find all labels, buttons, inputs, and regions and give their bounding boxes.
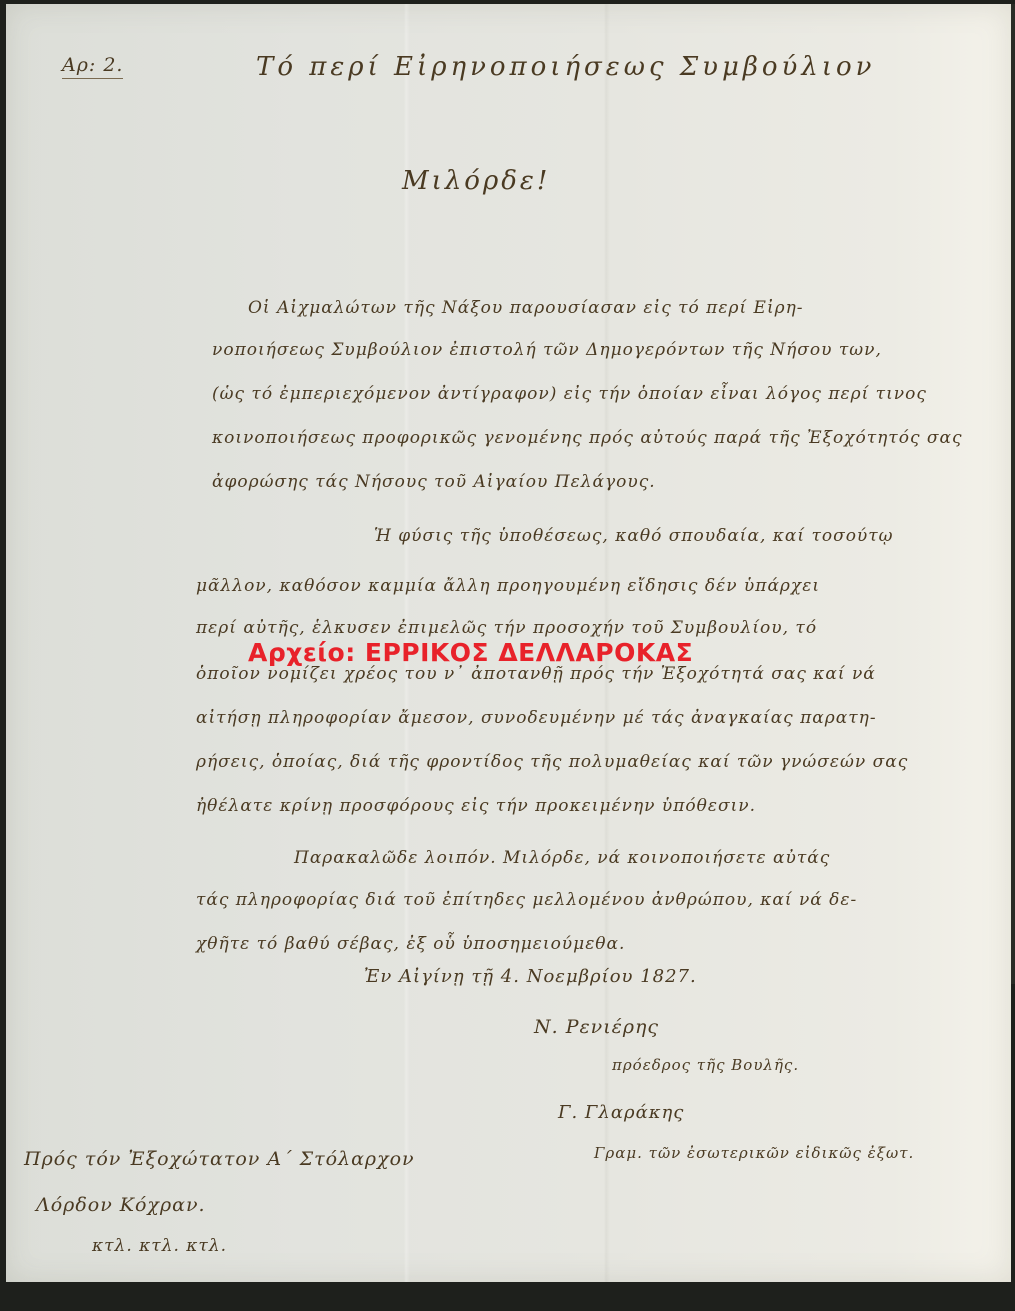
body-line: Παρακαλῶδε λοιπόν. Μιλόρδε, νά κοινοποιή… xyxy=(294,848,830,868)
signature-president-role: πρόεδρος τῆς Βουλῆς. xyxy=(612,1056,799,1074)
signature-president: Ν. Ρενιέρης xyxy=(534,1016,659,1038)
scan-edge-shadow xyxy=(1011,4,1015,984)
body-line: ρήσεις, ὁποίας, διά τῆς φροντίδος τῆς πο… xyxy=(196,752,908,772)
archive-watermark: Αρχείο: ΕΡΡΙΚΟΣ ΔΕΛΛΑΡΟΚΑΣ xyxy=(248,638,693,667)
body-line: (ὡς τό ἐμπεριεχόμενον ἀντίγραφον) εἰς τή… xyxy=(212,384,927,404)
body-line: χθῆτε τό βαθύ σέβας, ἐξ οὗ ὑποσημειούμεθ… xyxy=(196,934,625,954)
date-line: Ἐν Αἰγίνῃ τῇ 4. Νοεμβρίου 1827. xyxy=(364,966,697,987)
salutation: Μιλόρδε! xyxy=(402,166,550,196)
addressee-line-2: Λόρδον Κόχραν. xyxy=(36,1194,206,1216)
body-line: περί αὐτῆς, ἑλκυσεν ἐπιμελῶς τήν προσοχή… xyxy=(196,618,817,638)
body-line: Ἡ φύσις τῆς ὑποθέσεως, καθό σπουδαία, κα… xyxy=(374,526,894,546)
body-line: ἀφορώσης τάς Νήσους τοῦ Αἰγαίου Πελάγους… xyxy=(212,472,656,492)
body-line: ὁποῖον νομίζει χρέος του ν᾽ ἀποτανθῇ πρό… xyxy=(196,664,876,684)
body-line: κοινοποιήσεως προφορικῶς γενομένης πρός … xyxy=(212,428,962,448)
signature-secretary: Γ. Γλαράκης xyxy=(558,1102,684,1123)
body-line: αἰτήσῃ πληροφορίαν ἄμεσον, συνοδευμένην … xyxy=(196,708,877,728)
signature-secretary-role: Γραμ. τῶν ἐσωτερικῶν εἰδικῶς ἐξωτ. xyxy=(594,1144,914,1162)
body-line: ἠθέλατε κρίνῃ προσφόρους εἰς τήν προκειμ… xyxy=(196,796,756,816)
body-line: Οἱ Αἰχμαλώτων τῆς Νάξου παρουσίασαν εἰς … xyxy=(248,298,804,318)
letter-heading: Τό περί Εἰρηνοποιήσεως Συμβούλιον xyxy=(256,52,876,82)
addressee-line-1: Πρός τόν Ἐξοχώτατον Α΄ Στόλαρχον xyxy=(24,1148,415,1170)
body-line: τάς πληροφορίας διά τοῦ ἐπίτηδες μελλομέ… xyxy=(196,890,857,910)
body-line: νοποιήσεως Συμβούλιον ἐπιστολή τῶν Δημογ… xyxy=(212,340,882,360)
body-line: μᾶλλον, καθόσον καμμία ἄλλη προηγουμένη … xyxy=(196,576,820,596)
addressee-line-3: κτλ. κτλ. κτλ. xyxy=(92,1236,227,1256)
document-reference-number: Αρ: 2. xyxy=(62,54,123,79)
